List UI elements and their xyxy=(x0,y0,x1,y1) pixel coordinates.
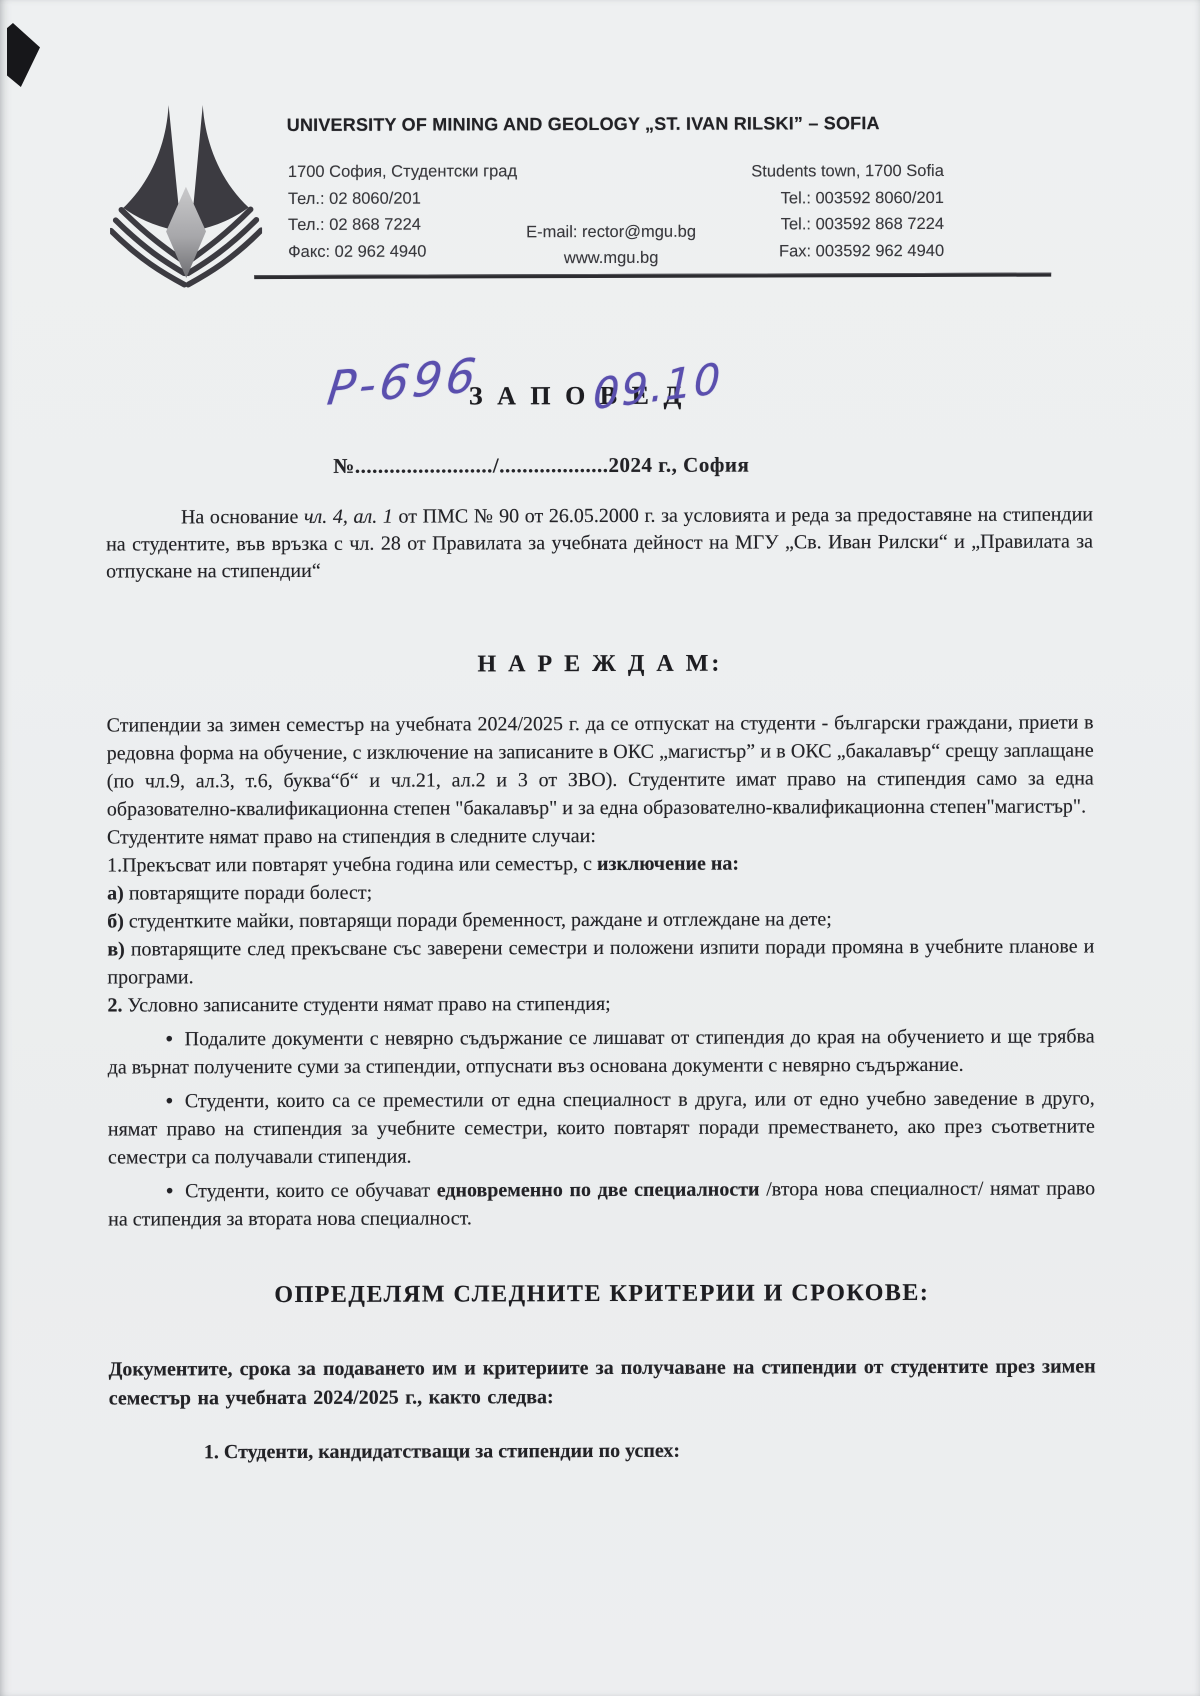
bullet-icon: • xyxy=(133,1175,173,1207)
order-number-line: №......................../..............… xyxy=(48,450,1035,481)
list-item-b: б) студентките майки, повтарящи поради б… xyxy=(107,904,1094,935)
bullet-paragraph: •Подалите документи с невярно съдържание… xyxy=(108,1022,1095,1081)
letterhead-divider xyxy=(254,273,1051,280)
list-item-1: 1.Прекъсват или повтарят учебна година и… xyxy=(107,848,1094,879)
phone-line: Tel.: 003592 8060/201 xyxy=(638,184,944,211)
bullet-paragraph: •Студенти, които са се преместили от едн… xyxy=(108,1084,1095,1171)
criteria-intro-paragraph: Документите, срока за подаването им и кр… xyxy=(109,1352,1096,1413)
order-document-body: З А П О В Е Д №......................../… xyxy=(106,379,1096,1466)
bullet-paragraph: •Студенти, които се обучават едновременн… xyxy=(108,1174,1095,1233)
address-line: Students town, 1700 Sofia xyxy=(638,158,944,185)
address-block-english: Students town, 1700 Sofia Tel.: 003592 8… xyxy=(638,158,944,265)
phone-line: Тел.: 02 8060/201 xyxy=(288,185,517,212)
list-item-a: а) повтарящите поради болест; xyxy=(107,876,1094,907)
order-heading-block: З А П О В Е Д №......................../… xyxy=(106,379,1093,480)
order-title: З А П О В Е Д xyxy=(84,380,1071,413)
provision-paragraph: Студентите нямат право на стипендия в сл… xyxy=(107,820,1094,851)
scanned-document-page: UNIVERSITY OF MINING AND GEOLOGY „ST. IV… xyxy=(0,0,1200,1696)
bullet-icon: • xyxy=(133,1023,173,1055)
list-item-v: в) повтарящите след прекъсване със завер… xyxy=(107,932,1094,991)
fax-line: Fax: 003592 962 4940 xyxy=(638,237,944,264)
university-logo-icon xyxy=(110,103,263,289)
basis-lead: На основание xyxy=(181,506,304,528)
phone-line: Tel.: 003592 868 7224 xyxy=(638,211,944,238)
command-heading: Н А Р Е Ж Д А М: xyxy=(106,648,1093,679)
provision-paragraph: Стипендии за зимен семестър на учебната … xyxy=(107,708,1094,823)
bullet-icon: • xyxy=(133,1085,173,1117)
university-name: UNIVERSITY OF MINING AND GEOLOGY „ST. IV… xyxy=(287,112,1077,135)
criteria-item-1: 1. Студенти, кандидатстващи за стипендии… xyxy=(204,1435,1096,1466)
criteria-heading: ОПРЕДЕЛЯМ СЛЕДНИТЕ КРИТЕРИИ И СРОКОВЕ: xyxy=(108,1278,1095,1309)
order-provisions: Стипендии за зимен семестър на учебната … xyxy=(107,708,1096,1233)
list-item-2: 2. Условно записаните студенти нямат пра… xyxy=(107,988,1094,1019)
basis-article-reference: чл. 4, ал. 1 xyxy=(304,506,393,528)
legal-basis-paragraph: На основание чл. 4, ал. 1 от ПМС № 90 от… xyxy=(106,501,1093,585)
handwritten-date: 09.10 xyxy=(593,365,723,410)
handwritten-order-number: Р-696 xyxy=(326,361,481,403)
letterhead: UNIVERSITY OF MINING AND GEOLOGY „ST. IV… xyxy=(0,0,1198,302)
address-line: 1700 София, Студентски град xyxy=(288,158,517,185)
